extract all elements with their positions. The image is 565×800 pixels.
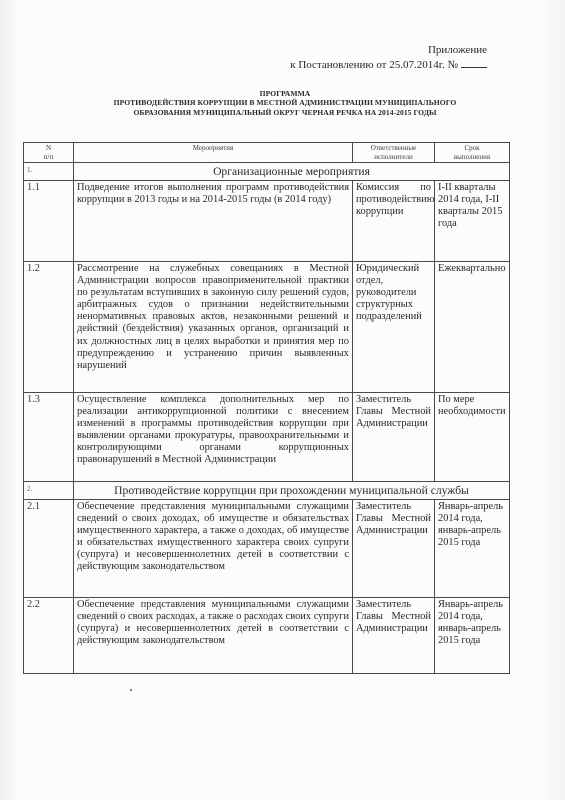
column-header-number-line2: п/п: [27, 153, 70, 162]
title-line-3: ОБРАЗОВАНИЯ МУНИЦИПАЛЬНЫЙ ОКРУГ ЧЕРНАЯ Р…: [40, 108, 530, 117]
row-activity: Обеспечение представления муниципальными…: [74, 598, 353, 674]
row-responsible: Юридический отдел, руководители структур…: [353, 262, 435, 393]
column-header-activity: Мероприятия: [74, 143, 353, 163]
column-header-responsible: Ответственные исполнители: [353, 143, 435, 163]
row-term: Январь-апрель 2014 года, январь-апрель 2…: [435, 598, 510, 674]
row-responsible: Заместитель Главы Местной Администрации: [353, 500, 435, 598]
decree-reference-text: к Постановлению от 25.07.2014г. №: [290, 59, 458, 71]
row-responsible: Комиссия по противодействию коррупции: [353, 181, 435, 262]
appendix-label: Приложение: [428, 44, 487, 56]
row-activity: Рассмотрение на служебных совещаниях в М…: [74, 262, 353, 393]
row-number: 2.1: [24, 500, 74, 598]
title-line-2: ПРОТИВОДЕЙСТВИЯ КОРРУПЦИИ В МЕСТНОЙ АДМИ…: [40, 98, 530, 107]
row-term: Январь-апрель 2014 года, январь-апрель 2…: [435, 500, 510, 598]
title-line-1: ПРОГРАММА: [40, 89, 530, 98]
row-term: I-II кварталы 2014 года, I-II кварталы 2…: [435, 181, 510, 262]
scan-speck: [130, 689, 132, 691]
table-row: 1.2 Рассмотрение на служебных совещаниях…: [24, 262, 510, 393]
column-header-responsible-line2: исполнители: [356, 153, 431, 162]
column-header-number: N п/п: [24, 143, 74, 163]
row-responsible: Заместитель Главы Местной Администрации: [353, 598, 435, 674]
row-activity: Обеспечение представления муниципальными…: [74, 500, 353, 598]
column-header-number-line1: N: [27, 144, 70, 153]
row-term: По мере необходимости: [435, 393, 510, 482]
document-title: ПРОГРАММА ПРОТИВОДЕЙСТВИЯ КОРРУПЦИИ В МЕ…: [40, 89, 530, 117]
table-row: 2.2 Обеспечение представления муниципаль…: [24, 598, 510, 674]
column-header-term-line2: выполнения: [438, 153, 506, 162]
section-title: Организационные мероприятия: [74, 163, 510, 181]
section-row: 1. Организационные мероприятия: [24, 163, 510, 181]
row-number: 1.2: [24, 262, 74, 393]
row-activity: Подведение итогов выполнения программ пр…: [74, 181, 353, 262]
table-row: 1.1 Подведение итогов выполнения програм…: [24, 181, 510, 262]
appendix-header: Приложение к Постановлению от 25.07.2014…: [290, 44, 487, 71]
row-number: 1.1: [24, 181, 74, 262]
table-row: 1.3 Осуществление комплекса дополнительн…: [24, 393, 510, 482]
row-number: 2.2: [24, 598, 74, 674]
section-number: 2.: [24, 482, 74, 500]
column-header-term: Срок выполнения: [435, 143, 510, 163]
section-row: 2. Противодействие коррупции при прохожд…: [24, 482, 510, 500]
section-title: Противодействие коррупции при прохождени…: [74, 482, 510, 500]
decree-reference: к Постановлению от 25.07.2014г. №: [290, 57, 487, 71]
document-page: Приложение к Постановлению от 25.07.2014…: [0, 0, 565, 800]
decree-number-blank: [461, 57, 487, 68]
column-header-term-line1: Срок: [438, 144, 506, 153]
row-responsible: Заместитель Главы Местной Администрации: [353, 393, 435, 482]
row-term: Ежеквартально: [435, 262, 510, 393]
table-header-row: N п/п Мероприятия Ответственные исполнит…: [24, 143, 510, 163]
row-activity: Осуществление комплекса дополнительных м…: [74, 393, 353, 482]
table-row: 2.1 Обеспечение представления муниципаль…: [24, 500, 510, 598]
column-header-responsible-line1: Ответственные: [356, 144, 431, 153]
row-number: 1.3: [24, 393, 74, 482]
section-number: 1.: [24, 163, 74, 181]
program-table: N п/п Мероприятия Ответственные исполнит…: [23, 142, 510, 674]
